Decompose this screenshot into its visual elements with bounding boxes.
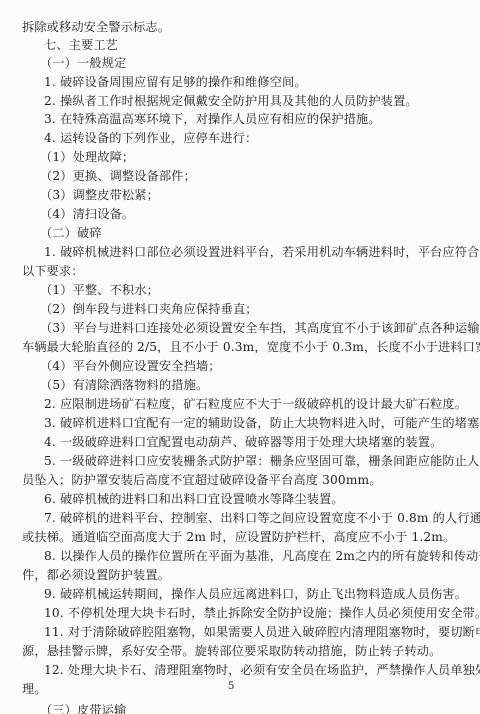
text-line: 12. 处理大块卡石、清理阻塞物时，必须有安全员在场监护，严禁操作人员单独处 <box>44 663 480 677</box>
text-line: （一）一般规定 <box>40 56 126 70</box>
text-line: 理。 <box>22 682 47 696</box>
text-line: 2. 操纵者工作时根据规定佩戴安全防护用具及其他的人员防护装置。 <box>44 94 418 108</box>
text-line: 4. 运转设备的下列作业，应停车进行： <box>44 131 257 145</box>
text-line: 4. 一级破碎进料口宜配置电动葫芦、破碎器等用于处理大块堵塞的装置。 <box>44 435 442 449</box>
text-line: 源，悬挂警示牌，系好安全带。旋转部位要采取防转动措施，防止转子转动。 <box>22 644 441 658</box>
text-line: 11. 对于清除破碎腔阻塞物，如果需要人员进入破碎腔内清理阻塞物时，要切断电 <box>44 625 480 639</box>
text-line: （2）更换、调整设备部件； <box>40 169 196 183</box>
text-line: 6. 破碎机械的进料口和出料口宜设置喷水等降尘装置。 <box>44 492 344 506</box>
text-line: （三）皮带运输 <box>40 703 126 714</box>
text-line: 1. 破碎机械进料口部位必须设置进料平台，若采用机动车辆进料时，平台应符合 <box>44 245 479 259</box>
text-line: （5）有清除洒落物料的措施。 <box>40 378 208 392</box>
text-line: （1）平整、不积水； <box>40 283 159 297</box>
page-number: 5 <box>228 681 234 692</box>
text-line: 件，都必须设置防护装置。 <box>22 568 170 582</box>
text-line: 员坠入；防护罩安装后高度不宜超过破碎设备平台高度 300mm。 <box>22 473 382 487</box>
text-line: （二）破碎 <box>40 226 102 240</box>
text-line: 10. 不停机处理大块卡石时，禁止拆除安全防护设施；操作人员必须使用安全带。 <box>44 606 480 620</box>
text-line: （1）处理故障； <box>40 150 134 164</box>
text-line: （2）倒车段与进料口夹角应保持垂直； <box>40 302 258 316</box>
text-line: （3）平台与进料口连接处必须设置安全车挡，其高度宜不小于该卸矿点各种运输 <box>40 321 480 335</box>
text-line: 8. 以操作人员的操作位置所在平面为基准，凡高度在 2m之内的所有旋转和传动部 <box>44 549 480 563</box>
text-line: 以下要求： <box>22 264 84 278</box>
text-line: 3. 破碎机进料口宜配有一定的辅助设备，防止大块物料进入时，可能产生的堵塞。 <box>44 416 480 430</box>
text-line: 2. 应限制进场矿石粒度，矿石粒度应不大于一级破碎机的设计最大矿石粒度。 <box>44 397 467 411</box>
text-line: 拆除或移动安全警示标志。 <box>22 20 170 34</box>
text-line: （4）清扫设备。 <box>40 207 134 221</box>
text-line: （3）调整皮带松紧； <box>40 188 159 202</box>
text-line: （4）平台外侧应设置安全挡墙； <box>40 359 221 373</box>
text-line: 或扶梯。通道临空面高度大于 2m 时，应设置防护栏杆，高度应不小于 1.2m。 <box>22 530 455 544</box>
text-line: 车辆最大轮胎直径的 2/5，且不小于 0.3m，宽度不小于 0.3m，长度不小于… <box>22 340 480 354</box>
document-page: 拆除或移动安全警示标志。七、主要工艺（一）一般规定1. 破碎设备周围应留有足够的… <box>0 0 480 714</box>
text-line: 3. 在特殊高温高寒环境下，对操作人员应有相应的保护措施。 <box>44 112 381 126</box>
text-line: 1. 破碎设备周围应留有足够的操作和维修空间。 <box>44 75 307 89</box>
text-line: 七、主要工艺 <box>44 38 118 52</box>
text-line: 7. 破碎机的进料平台、控制室、出料口等之间应设置宽度不小于 0.8m 的人行通… <box>44 511 480 525</box>
text-line: 5. 一级破碎进料口应安装栅条式防护罩：栅条应坚固可靠，栅条间距应能防止人 <box>44 454 479 468</box>
text-line: 9. 破碎机械运转期间，操作人员应远离进料口，防止飞出物料造成人员伤害。 <box>44 587 467 601</box>
